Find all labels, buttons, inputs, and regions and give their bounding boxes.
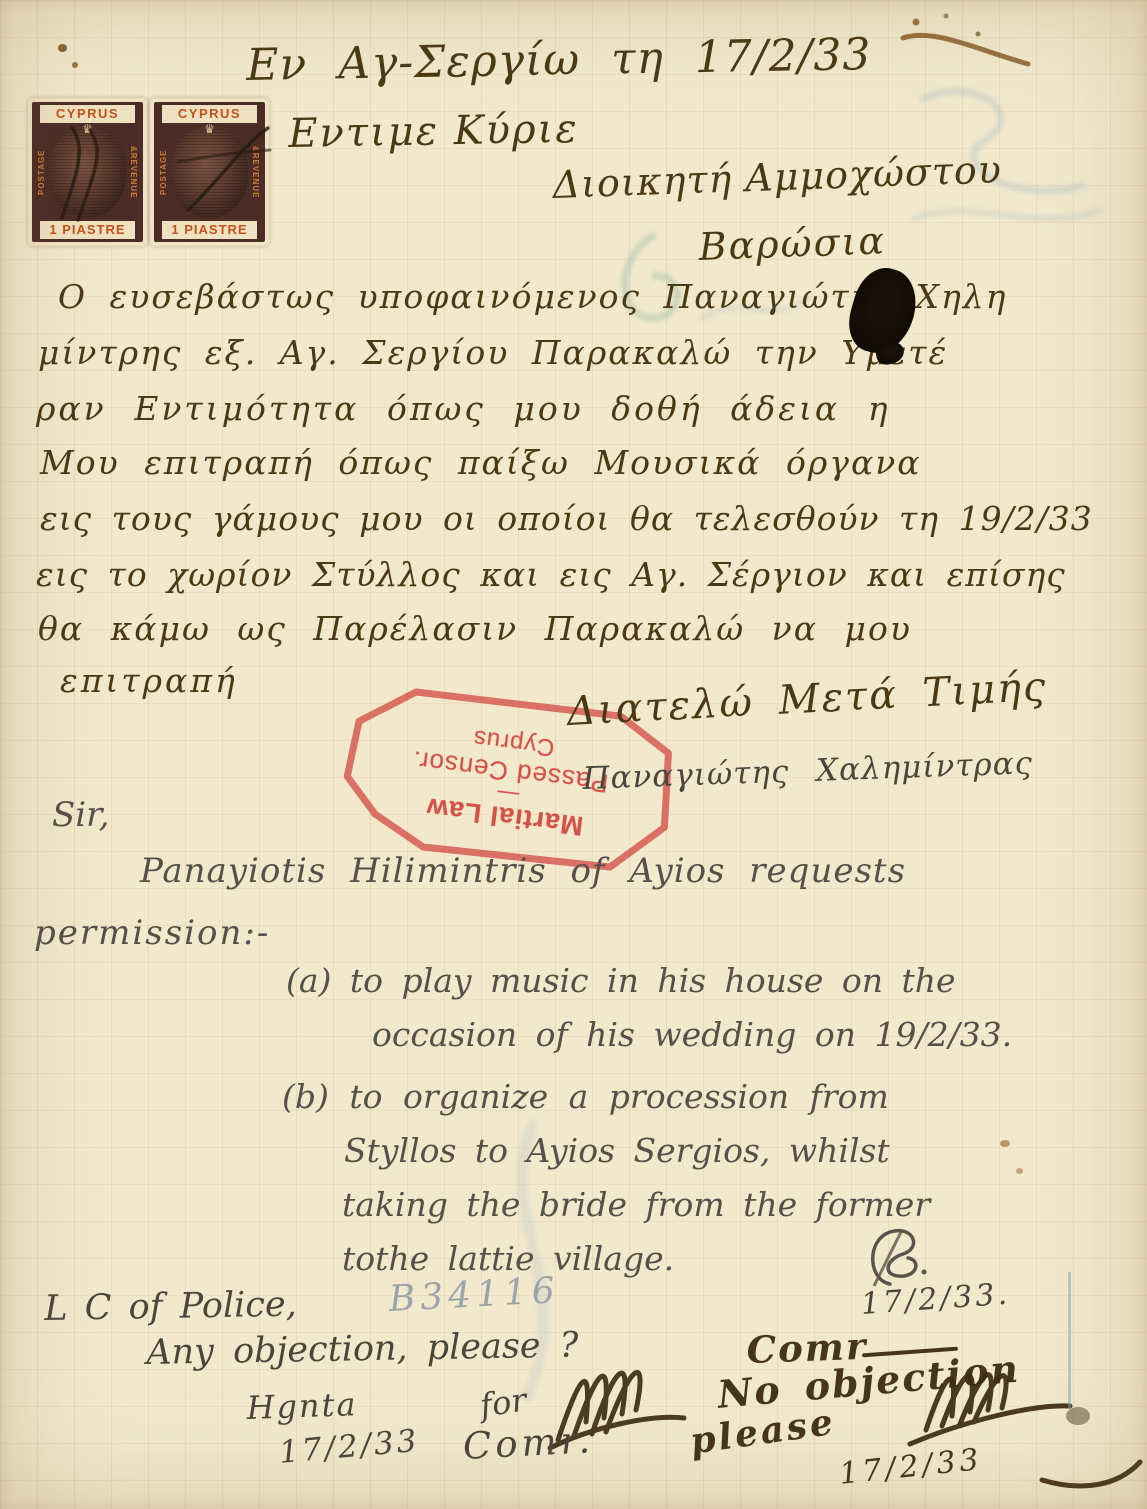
stamp-revenue-label: &REVENUE [127, 125, 140, 219]
king-george-portrait: ♛ [171, 126, 248, 218]
left-date: 17/2/33 [278, 1426, 421, 1469]
greek-body-line: θα κάμω ως Παρέλασιν Παρακαλώ να μου [38, 612, 912, 645]
scanned-letter-page: CYPRUS POSTAGE ♛ &REVENUE 1 PIASTRE CYPR… [0, 0, 1147, 1509]
initials-date: 17/2/33. [860, 1280, 1011, 1320]
english-request-line: Panayiotis Hilimintris of Ayios requests [140, 854, 906, 888]
stain-spot [1000, 1140, 1010, 1147]
reference-number: B34116 [388, 1273, 561, 1318]
greek-body-line: Μου επιτραπή όπως παίξω Μουσικά όργανα [40, 446, 922, 479]
english-salutation: Sir, [52, 798, 110, 832]
stamp-country-label: CYPRUS [162, 105, 257, 123]
addressee-city-line: Βαρώσια [698, 221, 887, 266]
addressee-line: Διοικητή Αμμοχώστου [552, 150, 1002, 204]
crown-icon: ♛ [82, 123, 93, 135]
stain-spot [58, 44, 67, 52]
signature-flourish [902, 1352, 1147, 1507]
stamp-revenue-label: &REVENUE [249, 125, 262, 219]
english-item-b-line: taking the bride from the former [342, 1188, 930, 1221]
blue-crayon-line [1068, 1272, 1071, 1408]
objection-question: Any objection, please ? [146, 1328, 579, 1371]
greek-body-line: ραν Εντιμότητα όπως μου δοθή άδεια η [36, 392, 890, 425]
english-item-a-line: occasion of his wedding on 19/2/33. [372, 1018, 1012, 1051]
stamp-country-label: CYPRUS [40, 105, 135, 123]
stain-streak [878, 6, 1048, 81]
greek-body-line: εις το χωρίον Στύλλος και εις Αγ. Σέργιο… [36, 558, 1066, 591]
for-label: for [478, 1384, 528, 1422]
english-item-b-line: (b) to organize a procession from [282, 1080, 889, 1113]
english-request-line: permission:- [34, 916, 270, 950]
postage-stamp-pair: CYPRUS POSTAGE ♛ &REVENUE 1 PIASTRE CYPR… [28, 98, 272, 248]
greek-body-line: μίντρης εξ. Αγ. Σεργίου Παρακαλώ την Υμε… [38, 336, 948, 369]
crown-icon: ♛ [204, 123, 215, 135]
salutation-line: Εντιμε Κύριε [288, 109, 579, 154]
stamp-postage-label: POSTAGE [157, 125, 170, 219]
greek-body-line: εις τους γάμους μου οι οποίοι θα τελεσθο… [40, 502, 1093, 535]
stamp-frame: CYPRUS POSTAGE ♛ &REVENUE 1 PIASTRE [154, 102, 265, 242]
police-addressee: L C of Police, [44, 1288, 297, 1327]
stain-spot [72, 62, 78, 68]
greek-body-line: επιτραπή [60, 664, 238, 697]
stamp-frame: CYPRUS POSTAGE ♛ &REVENUE 1 PIASTRE [32, 102, 143, 242]
place-date-line: Εν Αγ-Σεργίω τη 17/2/33 [246, 33, 872, 88]
cyprus-one-piastre-stamp: CYPRUS POSTAGE ♛ &REVENUE 1 PIASTRE [28, 98, 147, 246]
english-item-a-line: (a) to play music in his house on the [286, 964, 956, 997]
stamp-denomination-label: 1 PIASTRE [162, 221, 257, 239]
english-item-b-line: Styllos to Ayios Sergios, whilst [344, 1134, 890, 1167]
cyprus-one-piastre-stamp: CYPRUS POSTAGE ♛ &REVENUE 1 PIASTRE [150, 98, 269, 246]
valediction-line: Διατελώ Μετά Τιμής [566, 667, 1048, 732]
stamp-denomination-label: 1 PIASTRE [40, 221, 135, 239]
stamp-postage-label: POSTAGE [35, 125, 48, 219]
for-comr-label: Comr. [462, 1421, 595, 1465]
english-item-b-line: tothe lattie village. [342, 1242, 674, 1275]
reply-please: please [688, 1404, 838, 1460]
stain-spot [1016, 1168, 1023, 1174]
king-george-portrait: ♛ [49, 126, 126, 218]
left-officer-name: Hgnta [246, 1388, 358, 1424]
